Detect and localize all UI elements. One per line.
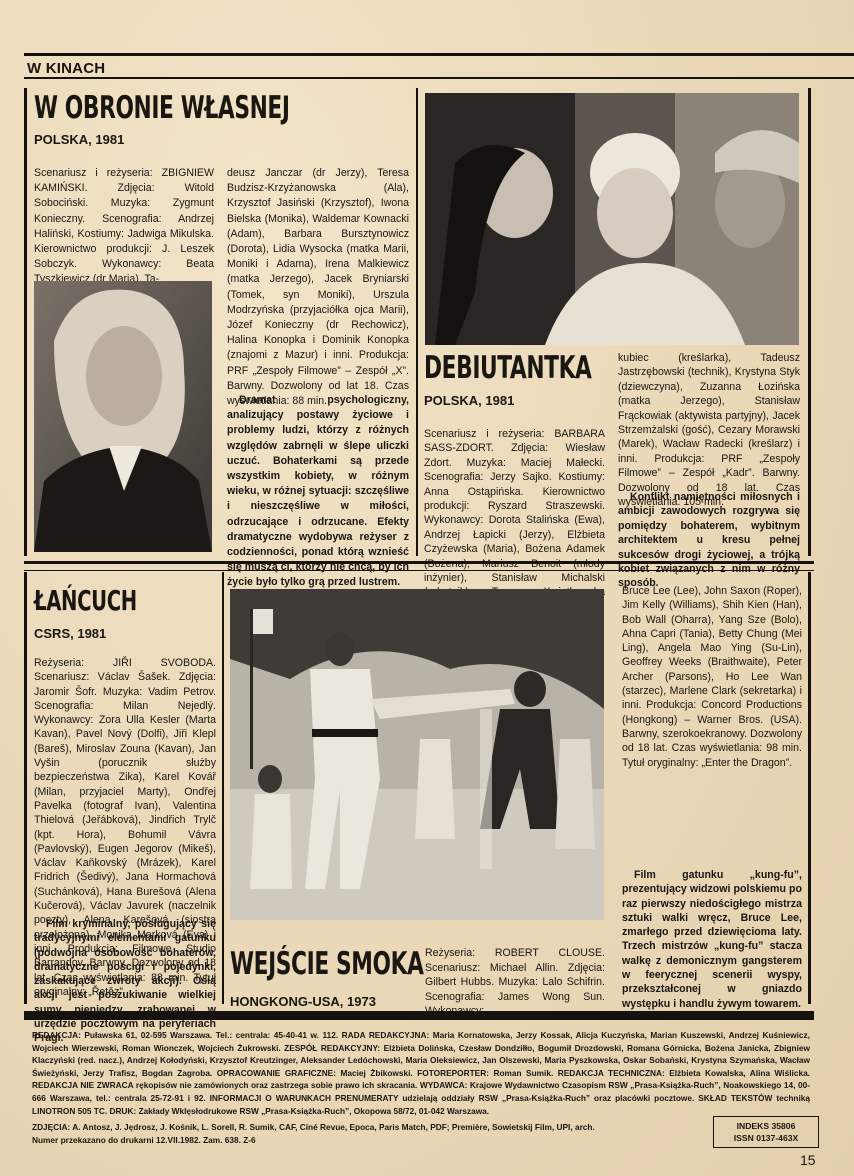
article-origin: HONGKONG-USA, 1973 bbox=[230, 994, 376, 1009]
article-summary: Film gatunku „kung-fu”, prezentujący wid… bbox=[622, 868, 802, 1011]
header-top-rule bbox=[24, 53, 854, 56]
film-still-photo bbox=[230, 589, 604, 920]
article-title: W OBRONIE WŁASNEJ bbox=[34, 90, 290, 126]
photo-credits: ZDJĘCIA: A. Antosz, J. Jędrosz, J. Kośni… bbox=[32, 1121, 612, 1146]
index-issn-box: INDEKS 35806 ISSN 0137-463X bbox=[713, 1116, 819, 1148]
portrait-woman-image bbox=[34, 281, 212, 552]
film-still-photo bbox=[425, 93, 799, 345]
article-title: DEBIUTANTKA bbox=[424, 350, 592, 386]
martial-arts-image bbox=[230, 589, 604, 920]
section-label: W KINACH bbox=[27, 60, 105, 77]
film-still-photo bbox=[34, 281, 212, 552]
article3-left-border bbox=[24, 572, 27, 1004]
article-credits-continued: kubiec (kreślarka), Tadeusz Jastrzębowsk… bbox=[618, 351, 800, 509]
footer-top-rule bbox=[24, 1011, 814, 1020]
article-credits: Reżyseria: ROBERT CLOUSE. Scenariusz: Mi… bbox=[425, 946, 605, 1019]
page-number: 15 bbox=[800, 1152, 816, 1168]
issn-number: ISSN 0137-463X bbox=[714, 1132, 818, 1144]
article-title: ŁAŃCUCH bbox=[34, 584, 137, 617]
article3-right-border bbox=[222, 572, 224, 1004]
editorial-imprint: REDAKCJA: Puławska 61, 02-595 Warszawa. … bbox=[32, 1029, 810, 1117]
article2-right-border bbox=[808, 88, 811, 556]
article-origin: POLSKA, 1981 bbox=[424, 393, 514, 408]
article-credits: Scenariusz i reżyseria: ZBIGNIEW KAMIŃSK… bbox=[34, 166, 214, 288]
header-bottom-rule bbox=[24, 77, 854, 79]
article-credits-continued: Bruce Lee (Lee), John Saxon (Roper), Jim… bbox=[622, 584, 802, 770]
article-credits-continued: deusz Janczar (dr Jerzy), Teresa Budzisz… bbox=[227, 166, 409, 409]
article-origin: POLSKA, 1981 bbox=[34, 132, 124, 147]
row-divider bbox=[24, 561, 814, 564]
row-divider-thin bbox=[24, 570, 814, 571]
article-title: WEJŚCIE SMOKA bbox=[230, 946, 424, 982]
article-summary: Film kryminalny, posługujący się tradycy… bbox=[34, 917, 216, 1046]
article1-left-border bbox=[24, 88, 27, 556]
article4-right-border bbox=[808, 572, 811, 1004]
article-summary: Konflikt namiętności miłosnych i ambicji… bbox=[618, 490, 800, 591]
article1-right-border bbox=[416, 88, 418, 556]
article-credits: Scenariusz i reżyseria: BARBARA SASS-ZDO… bbox=[424, 427, 605, 614]
index-number: INDEKS 35806 bbox=[714, 1120, 818, 1132]
article-origin: CSRS, 1981 bbox=[34, 626, 106, 641]
three-people-image bbox=[425, 93, 799, 345]
